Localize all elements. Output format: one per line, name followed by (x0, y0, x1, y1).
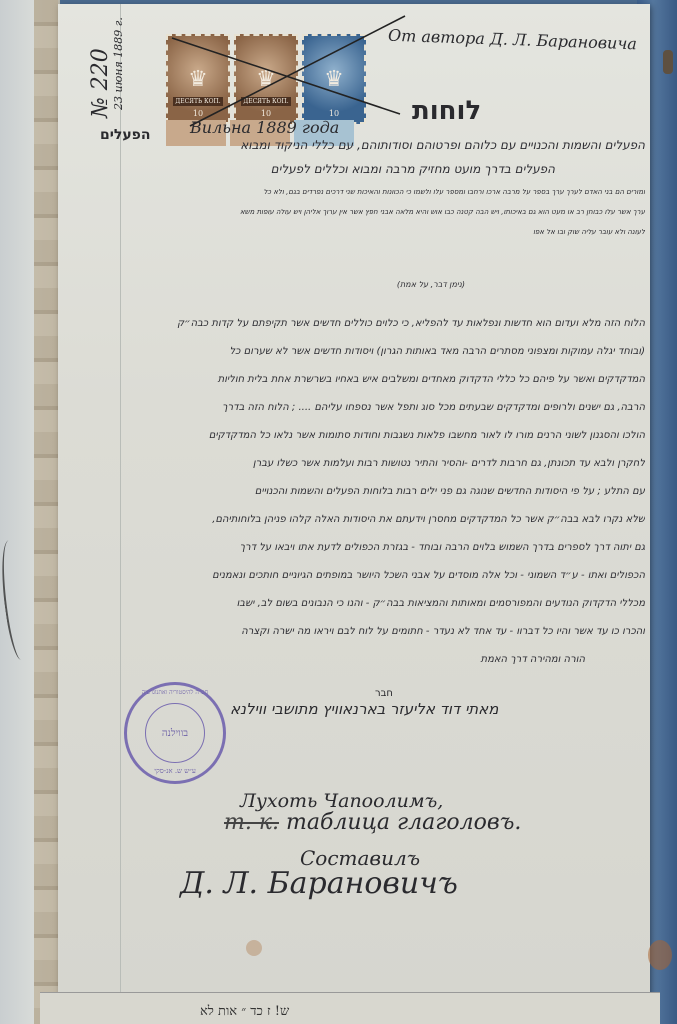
struck-text: т. к. (224, 810, 279, 835)
signature-label: חבר (375, 688, 393, 699)
seal-center-text: בווילנה (162, 728, 188, 739)
author-hebrew-name: מאתי דוד אליעזר בארנאוויץ מתושבי ווילנא (230, 700, 498, 718)
margin-line (120, 4, 121, 994)
paper-stain (246, 940, 262, 956)
torn-edge (663, 50, 673, 74)
text-line: הלוח הזה מלא ועדום הוא חדשות ונפלאות עד … (120, 318, 645, 329)
page-title: לוחות (412, 96, 481, 126)
text-line: הפעלים והשמות והכנויים עם כלוהם ופרטוהם … (120, 138, 645, 152)
text-line: מכללי הדקדוק הנודעים והמפורסמים ומאותות … (120, 598, 645, 609)
text-line: המדקדקים ואשר על פיהם כל כללי הדקדוק מאח… (120, 374, 645, 385)
binding-spine (34, 0, 58, 1024)
bottom-edge-text: ש! ז כד ״ אות לא (200, 1003, 289, 1019)
text-line: ערך אשר עלו כבוחן רב או מעט הוא גם באיכו… (120, 208, 645, 216)
text-line: והכרו כו עד אשר והיו כל דברוו - עד אחד ל… (120, 626, 645, 637)
russian-title-line-1: Лухоть Чапоолимъ, (240, 790, 443, 812)
text-line: ומורים הם בני האדם לערך ערך בספר על מרבה… (120, 188, 645, 196)
registration-date: 23 июня 1889 г. (112, 17, 125, 110)
seal-bottom-text: ע״ש ש. אנ-סקי (130, 767, 220, 775)
cancellation-cross (150, 10, 410, 130)
text-line: הפעלים בדרך מועט מחזיק מרבה ומבוא וכללים… (135, 162, 555, 176)
russian-title-line-2: т. к. таблица глаголовъ. (224, 810, 521, 835)
paper-stain (648, 940, 672, 970)
stamp-date: Вильна 1889 года (190, 118, 339, 137)
text-line: הורה ומהירה דרך האמת (385, 654, 585, 665)
text-line: שלא נקרו לבא בבה״ק אשר כל המדקדקים מחסרן… (120, 514, 645, 525)
text-line: הרבה, גם ישנים ולרופים ומדקדקים שבעתים מ… (120, 402, 645, 413)
text-line: עם התלע ; על פי היסודות החדשים שנוגה גם … (120, 486, 645, 497)
text-line: הכפולים ואתו - ע״ד השמוני - וכל אלה מוסד… (120, 570, 645, 581)
author-signature: Д. Л. Барановичъ (180, 866, 458, 901)
pencil-marks (0, 539, 34, 661)
text-line: (ובוחד יגלה עמוקות ומצפוני מסתרים הרבה מ… (120, 346, 645, 357)
underlying-sheets: ש! ז כד ״ אות לא (40, 992, 660, 1024)
seal-ring-text: חברה להיסטוריה ואתנוגרפיה (130, 689, 220, 696)
library-seal: חברה להיסטוריה ואתנוגרפיה בווילנה ע״ש ש.… (124, 682, 226, 784)
seal-center: בווילנה (145, 703, 205, 763)
text-line: הולכו והסגנון לשוני הרנים מורו לו לאור מ… (120, 430, 645, 441)
text-line: לחקרן ולבא עד תכונתן, גם חרבות לדרים -וה… (120, 458, 645, 469)
text-line: גם יתוה דרך לספרים בדרך השמוש בלוים הרבה… (120, 542, 645, 553)
registration-number: № 220 (88, 48, 113, 118)
text-line: (נימן דבר, על אמת) (265, 280, 465, 289)
russian-title-text: таблица глаголовъ. (286, 810, 521, 835)
text-line: לעונה ולא עובר עליה שוק ובו אל אפו (120, 228, 645, 236)
